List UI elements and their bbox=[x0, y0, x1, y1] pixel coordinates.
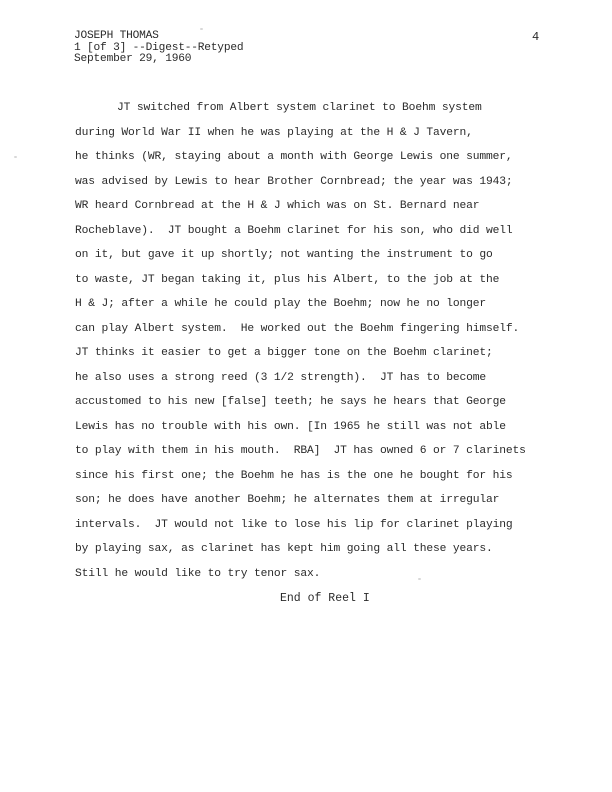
document-header: JOSEPH THOMAS 1 [of 3] --Digest--Retyped… bbox=[74, 31, 243, 66]
body-line: WR heard Cornbread at the H & J which wa… bbox=[75, 194, 555, 219]
body-line: he also uses a strong reed (3 1/2 streng… bbox=[75, 366, 555, 391]
body-line: on it, but gave it up shortly; not wanti… bbox=[75, 243, 555, 268]
body-line: Still he would like to try tenor sax. bbox=[75, 562, 555, 587]
body-line: JT switched from Albert system clarinet … bbox=[75, 96, 555, 121]
body-line: during World War II when he was playing … bbox=[75, 121, 555, 146]
body-line: son; he does have another Boehm; he alte… bbox=[75, 488, 555, 513]
body-line: by playing sax, as clarinet has kept him… bbox=[75, 537, 555, 562]
body-line: he thinks (WR, staying about a month wit… bbox=[75, 145, 555, 170]
interview-date: September 29, 1960 bbox=[74, 54, 243, 66]
body-line: can play Albert system. He worked out th… bbox=[75, 317, 555, 342]
page-number: 4 bbox=[532, 30, 539, 44]
body-line: to play with them in his mouth. RBA] JT … bbox=[75, 439, 555, 464]
document-page: JOSEPH THOMAS 1 [of 3] --Digest--Retyped… bbox=[0, 0, 612, 792]
end-of-reel-marker: End of Reel I bbox=[280, 592, 370, 605]
digest-body: JT switched from Albert system clarinet … bbox=[75, 96, 555, 586]
body-line: Rocheblave). JT bought a Boehm clarinet … bbox=[75, 219, 555, 244]
interviewee-name: JOSEPH THOMAS bbox=[74, 31, 243, 43]
body-line: Lewis has no trouble with his own. [In 1… bbox=[75, 415, 555, 440]
body-line: intervals. JT would not like to lose his… bbox=[75, 513, 555, 538]
body-line: H & J; after a while he could play the B… bbox=[75, 292, 555, 317]
body-line: to waste, JT began taking it, plus his A… bbox=[75, 268, 555, 293]
body-line: was advised by Lewis to hear Brother Cor… bbox=[75, 170, 555, 195]
scan-speck bbox=[14, 156, 17, 158]
body-line: since his first one; the Boehm he has is… bbox=[75, 464, 555, 489]
scan-speck bbox=[418, 578, 421, 580]
scan-speck bbox=[200, 28, 203, 30]
body-line: accustomed to his new [false] teeth; he … bbox=[75, 390, 555, 415]
body-line: JT thinks it easier to get a bigger tone… bbox=[75, 341, 555, 366]
